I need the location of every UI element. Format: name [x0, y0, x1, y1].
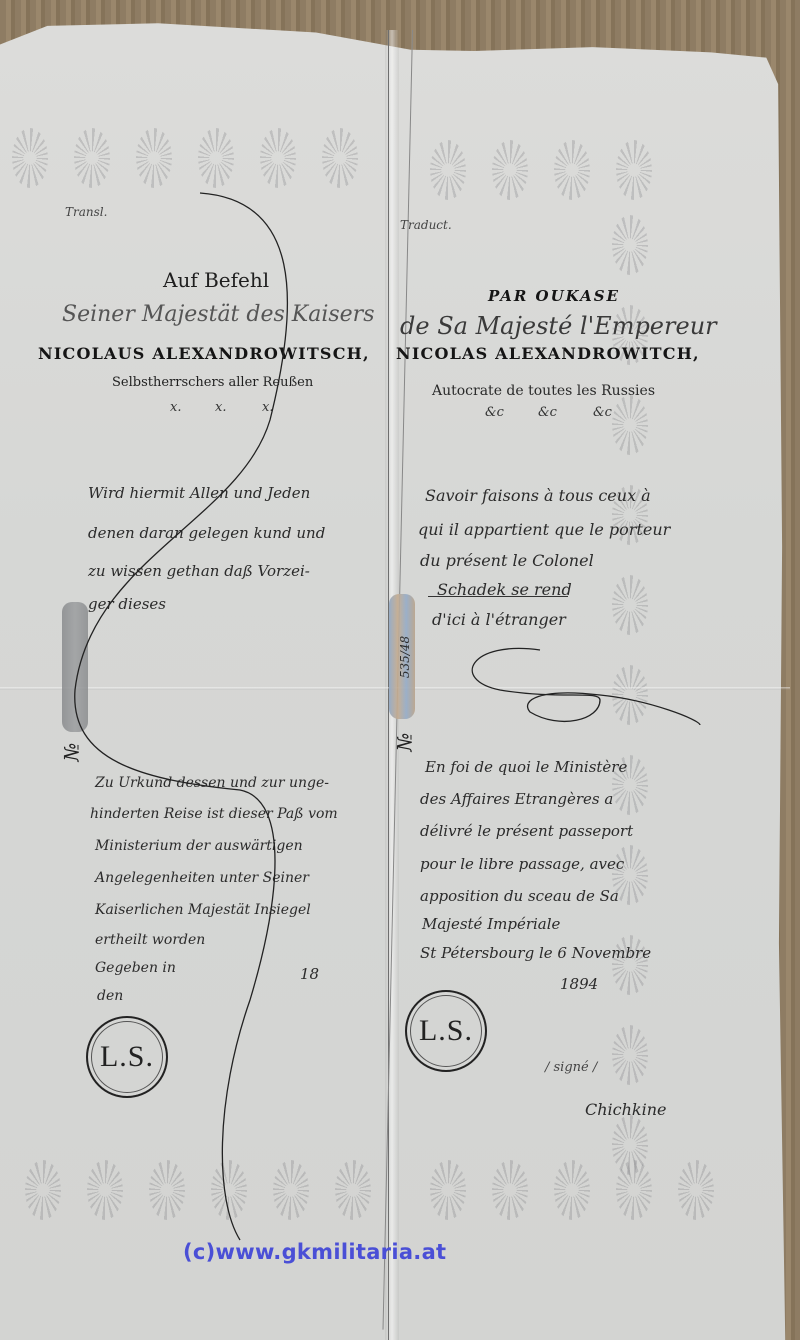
eagle-watermark-icon	[149, 1160, 185, 1220]
left-body-line-8: den	[97, 988, 123, 1004]
traduct-label: Traduct.	[400, 218, 452, 232]
left-intro-line-3: zu wissen gethan daß Vorzei-	[88, 562, 310, 580]
left-intro-line-1: Wird hiermit Allen und Jeden	[88, 484, 310, 502]
right-intro-line-3: du présent le Colonel	[420, 551, 594, 570]
right-number-label: №	[392, 733, 416, 752]
eagle-watermark-icon	[322, 128, 358, 188]
right-emperor-name: NICOLAS ALEXANDROWITCH,	[396, 344, 700, 363]
eagle-watermark-icon	[492, 140, 528, 200]
eagle-watermark-icon	[612, 215, 648, 275]
right-body-line-3: délivré le présent passeport	[420, 822, 633, 840]
left-intro-line-2: denen daran gelegen kund und	[88, 524, 325, 542]
eagle-watermark-icon	[136, 128, 172, 188]
right-intro-line-2: qui il appartient que le porteur	[418, 520, 670, 539]
watermark-row-top-right	[430, 140, 652, 200]
eagle-watermark-icon	[260, 128, 296, 188]
seal-text: L.S.	[100, 1040, 154, 1074]
right-body-line-2: des Affaires Etrangères a	[420, 790, 613, 808]
left-heading-majestaet: Seiner Majestät des Kaisers	[62, 302, 374, 327]
eagle-watermark-icon	[335, 1160, 371, 1220]
eagle-watermark-icon	[612, 575, 648, 635]
left-body-line-4: Angelegenheiten unter Seiner	[95, 870, 309, 886]
eagle-watermark-icon	[612, 395, 648, 455]
eagle-watermark-icon	[616, 140, 652, 200]
eagle-watermark-icon	[87, 1160, 123, 1220]
watermark-row-bottom-right	[430, 1160, 714, 1220]
underline	[428, 596, 568, 597]
left-number-label: №	[59, 743, 83, 762]
left-seal-ls: L.S.	[86, 1016, 168, 1098]
left-body-line-1: Zu Urkund dessen und zur unge-	[95, 775, 329, 791]
eagle-watermark-icon	[554, 140, 590, 200]
left-etc-mark: x.	[215, 400, 226, 415]
eagle-watermark-icon	[25, 1160, 61, 1220]
copyright-watermark: (c)www.gkmilitaria.at	[183, 1240, 446, 1264]
right-body-line-6: Majesté Impériale	[422, 915, 560, 933]
watermark-row-bottom-left	[25, 1160, 371, 1220]
right-seal-ls: L.S.	[405, 990, 487, 1072]
watermark-row-top-left	[12, 128, 358, 188]
transl-label: Transl.	[65, 205, 107, 219]
right-heading-majeste: de Sa Majesté l'Empereur	[400, 312, 717, 340]
eagle-watermark-icon	[554, 1160, 590, 1220]
eagle-watermark-icon	[430, 1160, 466, 1220]
left-body-line-2: hinderten Reise ist dieser Paß vom	[90, 806, 338, 822]
signed-label: / signé /	[545, 1060, 597, 1075]
eagle-watermark-icon	[198, 128, 234, 188]
eagle-watermark-icon	[492, 1160, 528, 1220]
right-etc-mark: &c	[485, 405, 504, 420]
right-etc-mark: &c	[593, 405, 612, 420]
right-body-line-5: apposition du sceau de Sa	[420, 887, 619, 905]
left-etc-mark: x.	[170, 400, 181, 415]
left-intro-line-4: ger dieses	[88, 595, 166, 613]
eagle-watermark-icon	[430, 140, 466, 200]
right-year: 1894	[560, 975, 598, 993]
seal-text: L.S.	[419, 1014, 473, 1048]
eagle-watermark-icon	[74, 128, 110, 188]
eagle-watermark-icon	[12, 128, 48, 188]
right-intro-line-5: d'ici à l'étranger	[432, 610, 566, 629]
right-body-line-4: pour le libre passage, avec	[420, 855, 624, 873]
right-heading-par-oukase: PAR OUKASE	[488, 287, 620, 305]
eagle-watermark-icon	[273, 1160, 309, 1220]
eagle-watermark-icon	[612, 1115, 648, 1175]
right-place-date: St Pétersbourg le 6 Novembre	[420, 944, 651, 962]
eagle-watermark-icon	[612, 665, 648, 725]
left-body-line-6: ertheilt worden	[95, 932, 205, 948]
left-heading-auf-befehl: Auf Befehl	[163, 268, 269, 292]
left-body-line-3: Ministerium der auswärtigen	[95, 838, 303, 854]
left-body-line-7: Gegeben in	[95, 960, 176, 976]
left-body-line-5: Kaiserlichen Majestät Insiegel	[95, 902, 311, 918]
right-title-line: Autocrate de toutes les Russies	[432, 383, 655, 399]
eagle-watermark-icon	[678, 1160, 714, 1220]
signature-chichkine: Chichkine	[585, 1100, 667, 1119]
left-year-prefix: 18	[300, 965, 319, 983]
right-stamp-number: 535/48	[398, 636, 412, 678]
right-body-line-1: En foi de quoi le Ministère	[425, 758, 627, 776]
left-emperor-name: NICOLAUS ALEXANDROWITSCH,	[38, 344, 370, 363]
right-intro-line-1: Savoir faisons à tous ceux à	[425, 486, 651, 505]
revenue-stamp-left	[62, 602, 88, 732]
left-etc-mark: x.	[262, 400, 273, 415]
right-etc-mark: &c	[538, 405, 557, 420]
eagle-watermark-icon	[211, 1160, 247, 1220]
left-title-line: Selbstherrschers aller Reußen	[112, 375, 313, 390]
eagle-watermark-icon	[612, 1025, 648, 1085]
